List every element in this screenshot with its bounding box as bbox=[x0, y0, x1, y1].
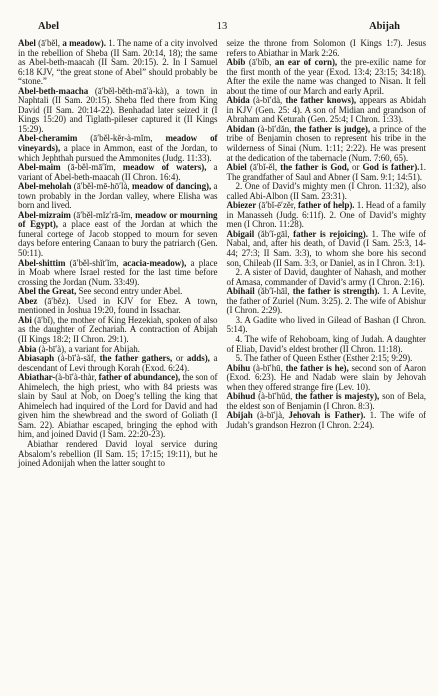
running-head: Abel 13 Abijah bbox=[18, 21, 426, 32]
entry-paragraph: Abi (ā′bĭ), the mother of King Hezekiah,… bbox=[18, 316, 218, 345]
running-head-first-word: Abel bbox=[18, 21, 217, 32]
entry-text: (ā′bĕz). Used in KJV for Ebez. A town, m… bbox=[18, 296, 218, 316]
text-columns: Abel (ā′bĕl, a meadow). 1. The name of a… bbox=[18, 39, 426, 469]
entry-headword: Abel-shittim bbox=[18, 258, 65, 268]
entry-text: 5. The father of Queen Esther (Esther 2:… bbox=[236, 353, 413, 363]
entry-text: (ā′bĭ-ē′zĕr, bbox=[256, 200, 298, 210]
entry-headword: the father is he), bbox=[286, 363, 349, 373]
entry-text: (à-bī′à-săf, bbox=[54, 353, 99, 363]
entry-text: (à-bī′jà, bbox=[253, 410, 289, 420]
entry-text: (à-bī′dà, bbox=[250, 95, 286, 105]
entry-paragraph: Abiathar rendered David loyal service du… bbox=[18, 440, 218, 469]
entry-text: (ā′bĭb, bbox=[245, 57, 275, 67]
entry-headword: Abel-cheramim bbox=[18, 133, 77, 143]
entry-text: 2. One of David’s mighty men (I Chron. 1… bbox=[227, 181, 427, 201]
entry-paragraph: Abel-meholah (ā′bĕl-mē-hō′là, meadow of … bbox=[18, 182, 218, 211]
entry-headword: Abez bbox=[18, 296, 37, 306]
entry-headword: the father is strength). bbox=[293, 286, 380, 296]
entry-text: (ā′bĕl-mē-hō′là, bbox=[71, 181, 132, 191]
entry-headword: meadow of waters), bbox=[123, 162, 207, 172]
entry-headword: the father is God, bbox=[280, 162, 349, 172]
entry-headword: adds), bbox=[187, 353, 210, 363]
entry-headword: father of abundance), bbox=[99, 372, 181, 382]
entry-headword: Abida bbox=[227, 95, 250, 105]
entry-headword: Jehovah is Father). bbox=[289, 410, 366, 420]
entry-paragraph: Abihud (à-bī′hŭd, the father is majesty)… bbox=[227, 392, 427, 411]
entry-text: 4. The wife of Rehoboam, king of Judah. … bbox=[227, 334, 427, 354]
entry-paragraph: Abib (ā′bĭb, an ear of corn), the pre-ex… bbox=[227, 58, 427, 96]
entry-text: (à-bī′à-thàr, bbox=[55, 372, 98, 382]
right-column: seize the throne from Solomon (I Kings 1… bbox=[227, 39, 427, 469]
entry-headword: God is father). bbox=[363, 162, 420, 172]
entry-paragraph: Abiathar-(à-bī′à-thàr, father of abundan… bbox=[18, 373, 218, 440]
entry-text: See second entry under Abel. bbox=[76, 286, 182, 296]
entry-headword: Abiasaph bbox=[18, 353, 54, 363]
entry-text: seize the throne from Solomon (I Kings 1… bbox=[227, 38, 427, 58]
entry-text: (ăb′ĭ-gāl, bbox=[254, 229, 293, 239]
entry-headword: father of help). bbox=[298, 200, 355, 210]
entry-text: (ā′bĕl-kĕr-à-mĭm, bbox=[77, 133, 165, 143]
entry-paragraph: Abida (à-bī′dà, the father knows), appea… bbox=[227, 96, 427, 125]
entry-paragraph: Abihail (ăb′ĭ-hāl, the father is strengt… bbox=[227, 287, 427, 316]
entry-headword: Abihud bbox=[227, 391, 256, 401]
entry-paragraph: Abel-cheramim (ā′bĕl-kĕr-à-mĭm, meadow o… bbox=[18, 134, 218, 163]
entry-headword: meadow of dancing), bbox=[132, 181, 211, 191]
entry-headword: Abijah bbox=[227, 410, 253, 420]
entry-headword: the father gathers, bbox=[100, 353, 173, 363]
entry-paragraph: Abiel (ā′bĭ-ĕl, the father is God, or Go… bbox=[227, 163, 427, 182]
entry-headword: Abigail bbox=[227, 229, 255, 239]
running-head-last-word: Abijah bbox=[227, 21, 426, 32]
entry-paragraph: Abel-beth-maacha (ā′bĕl-bĕth-mā′à-kà), a… bbox=[18, 87, 218, 135]
entry-text: or bbox=[172, 353, 187, 363]
entry-text: (ā′bĭ-ĕl, bbox=[247, 162, 280, 172]
entry-paragraph: Abel (ā′bĕl, a meadow). 1. The name of a… bbox=[18, 39, 218, 87]
entry-text: (ā′bĕl-shĭt′ĭm, bbox=[65, 258, 122, 268]
entry-text: (ā′bĕl-mĭz′rā-ĭm, bbox=[71, 210, 135, 220]
dictionary-page: Abel 13 Abijah Abel (ā′bĕl, a meadow). 1… bbox=[0, 0, 438, 696]
entry-headword: Abihu bbox=[227, 363, 251, 373]
entry-headword: Abel-beth-maacha bbox=[18, 86, 88, 96]
entry-text: (ā-bĕl-mā′ĭm, bbox=[61, 162, 123, 172]
page-number: 13 bbox=[217, 21, 228, 32]
entry-headword: the father is judge), bbox=[294, 124, 370, 134]
entry-text: (à-bī′hŭd, bbox=[255, 391, 295, 401]
entry-text: 3. A Gadite who lived in Gilead of Basha… bbox=[227, 315, 427, 335]
entry-headword: acacia-meadow), bbox=[123, 258, 186, 268]
entry-paragraph: Abel-mizraim (ā′bĕl-mĭz′rā-ĭm, meadow or… bbox=[18, 211, 218, 259]
entry-paragraph: Abiasaph (à-bī′à-săf, the father gathers… bbox=[18, 354, 218, 373]
entry-headword: Abidan bbox=[227, 124, 255, 134]
entry-headword: Abel-maim bbox=[18, 162, 61, 172]
entry-headword: Abel-mizraim bbox=[18, 210, 71, 220]
entry-headword: Abib bbox=[227, 57, 246, 67]
entry-headword: Abia bbox=[18, 344, 36, 354]
entry-text: Abiathar rendered David loyal service du… bbox=[18, 439, 218, 468]
entry-headword: an ear of corn), bbox=[275, 57, 337, 67]
entry-headword: the father knows), bbox=[285, 95, 356, 105]
entry-headword: father is rejoicing). bbox=[293, 229, 368, 239]
entry-paragraph: 3. A Gadite who lived in Gilead of Basha… bbox=[227, 316, 427, 335]
entry-text: (à-bī′dăn, bbox=[255, 124, 294, 134]
entry-paragraph: Abijah (à-bī′jà, Jehovah is Father). 1. … bbox=[227, 411, 427, 430]
entry-text: or bbox=[349, 162, 363, 172]
entry-paragraph: 2. One of David’s mighty men (I Chron. 1… bbox=[227, 182, 427, 201]
entry-text: the son of Ahimelech, the high priest, w… bbox=[18, 372, 218, 439]
entry-paragraph: Abihu (à-bī′hū, the father is he), secon… bbox=[227, 364, 427, 393]
entry-paragraph: Abiezer (ā′bĭ-ē′zĕr, father of help). 1.… bbox=[227, 201, 427, 230]
entry-paragraph: seize the throne from Solomon (I Kings 1… bbox=[227, 39, 427, 58]
entry-text: (ăb′ĭ-hāl, bbox=[255, 286, 293, 296]
entry-text: (ā′bĕl, bbox=[36, 38, 63, 48]
entry-paragraph: Abidan (à-bī′dăn, the father is judge), … bbox=[227, 125, 427, 163]
entry-text: (à-bī′hū, bbox=[250, 363, 285, 373]
entry-paragraph: Abez (ā′bĕz). Used in KJV for Ebez. A to… bbox=[18, 297, 218, 316]
entry-headword: Abi bbox=[18, 315, 32, 325]
entry-paragraph: 4. The wife of Rehoboam, king of Judah. … bbox=[227, 335, 427, 354]
entry-headword: Abihail bbox=[227, 286, 255, 296]
entry-headword: Abel the Great, bbox=[18, 286, 76, 296]
entry-headword: Abiezer bbox=[227, 200, 257, 210]
entry-paragraph: Abel-shittim (ā′bĕl-shĭt′ĭm, acacia-mead… bbox=[18, 259, 218, 288]
entry-headword: the father is majesty), bbox=[295, 391, 379, 401]
entry-text: (à-bī′à), a variant for Abijah. bbox=[36, 344, 140, 354]
entry-text: 2. A sister of David, daughter of Nahash… bbox=[227, 267, 427, 287]
left-column: Abel (ā′bĕl, a meadow). 1. The name of a… bbox=[18, 39, 218, 469]
entry-headword: Abel-meholah bbox=[18, 181, 71, 191]
entry-paragraph: 2. A sister of David, daughter of Nahash… bbox=[227, 268, 427, 287]
entry-headword: Abiel bbox=[227, 162, 247, 172]
entry-headword: Abel bbox=[18, 38, 36, 48]
entry-headword: Abiathar- bbox=[18, 372, 55, 382]
entry-headword: a meadow). bbox=[62, 38, 106, 48]
entry-paragraph: Abel-maim (ā-bĕl-mā′ĭm, meadow of waters… bbox=[18, 163, 218, 182]
entry-paragraph: Abigail (ăb′ĭ-gāl, father is rejoicing).… bbox=[227, 230, 427, 268]
entry-text: (ā′bĭ), the mother of King Hezekiah, spo… bbox=[18, 315, 218, 344]
